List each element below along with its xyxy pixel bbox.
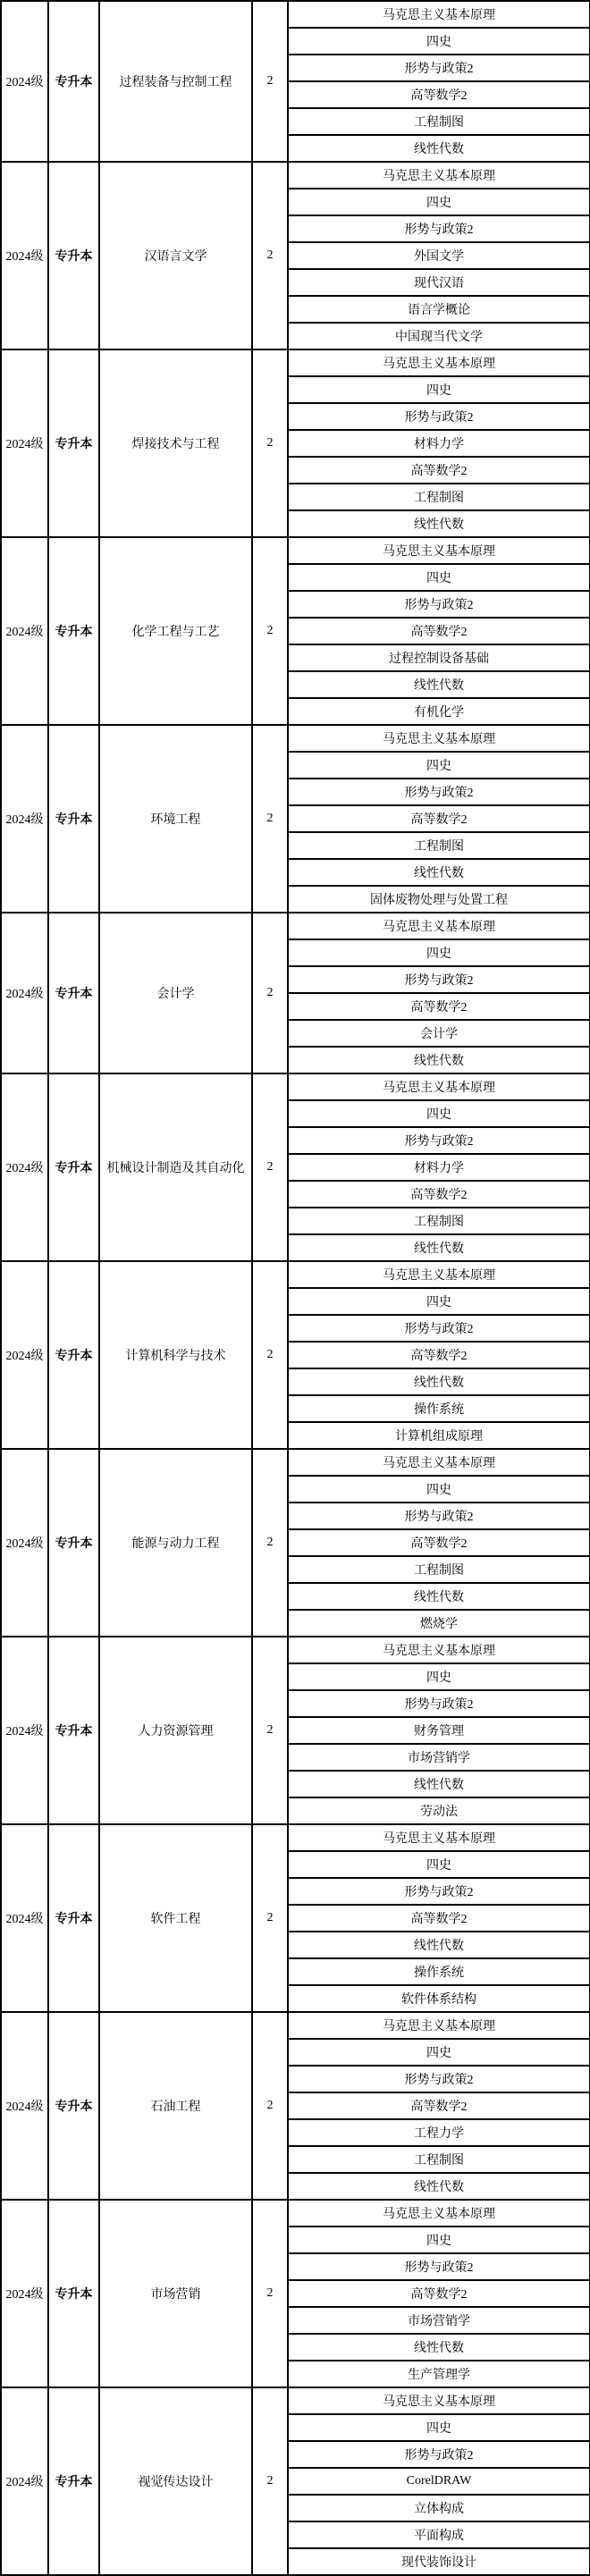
course-cell: 高等数学2 [288, 1529, 590, 1556]
count-cell: 2 [252, 162, 288, 349]
major-cell: 过程装备与控制工程 [99, 1, 252, 162]
course-cell: 工程制图 [288, 2146, 590, 2173]
level-cell: 专升本 [48, 1449, 99, 1637]
course-cell: 有机化学 [288, 698, 590, 725]
table-row: 2024级专升本人力资源管理2马克思主义基本原理 [1, 1637, 590, 1663]
course-cell: 现代装饰设计 [288, 2548, 590, 2575]
course-cell: 市场营销学 [288, 2307, 590, 2334]
course-cell: 形势与政策2 [288, 55, 590, 81]
course-cell: CorelDRAW [288, 2468, 590, 2495]
course-cell: 四史 [288, 2039, 590, 2066]
course-cell: 马克思主义基本原理 [288, 2387, 590, 2414]
course-cell: 固体废物处理与处置工程 [288, 886, 590, 913]
table-row: 2024级专升本过程装备与控制工程2马克思主义基本原理 [1, 1, 590, 28]
course-cell: 劳动法 [288, 1797, 590, 1824]
course-cell: 线性代数 [288, 2173, 590, 2200]
course-cell: 四史 [288, 1851, 590, 1878]
course-cell: 马克思主义基本原理 [288, 725, 590, 752]
level-cell: 专升本 [48, 1824, 99, 2012]
course-cell: 高等数学2 [288, 1905, 590, 1932]
course-cell: 高等数学2 [288, 1342, 590, 1368]
grade-cell: 2024级 [1, 1449, 48, 1637]
course-cell: 操作系统 [288, 1395, 590, 1422]
grade-cell: 2024级 [1, 2200, 48, 2387]
grade-cell: 2024级 [1, 2387, 48, 2575]
table-row: 2024级专升本市场营销2马克思主义基本原理 [1, 2200, 590, 2227]
course-cell: 线性代数 [288, 671, 590, 698]
table-row: 2024级专升本石油工程2马克思主义基本原理 [1, 2012, 590, 2039]
course-cell: 马克思主义基本原理 [288, 537, 590, 564]
course-cell: 线性代数 [288, 2334, 590, 2361]
course-cell: 高等数学2 [288, 993, 590, 1020]
course-cell: 中国现当代文学 [288, 323, 590, 349]
course-cell: 形势与政策2 [288, 403, 590, 430]
course-cell: 燃烧学 [288, 1610, 590, 1637]
course-cell: 四史 [288, 1663, 590, 1690]
course-cell: 平面构成 [288, 2521, 590, 2548]
course-cell: 高等数学2 [288, 457, 590, 484]
level-cell: 专升本 [48, 537, 99, 725]
count-cell: 2 [252, 2387, 288, 2575]
major-cell: 石油工程 [99, 2012, 252, 2200]
course-cell: 马克思主义基本原理 [288, 1637, 590, 1663]
course-cell: 生产管理学 [288, 2361, 590, 2387]
course-cell: 四史 [288, 2227, 590, 2253]
count-cell: 2 [252, 537, 288, 725]
course-cell: 马克思主义基本原理 [288, 1, 590, 28]
course-cell: 高等数学2 [288, 618, 590, 644]
grade-cell: 2024级 [1, 1637, 48, 1824]
course-cell: 马克思主义基本原理 [288, 349, 590, 376]
course-cell: 形势与政策2 [288, 2066, 590, 2092]
level-cell: 专升本 [48, 725, 99, 913]
level-cell: 专升本 [48, 1, 99, 162]
count-cell: 2 [252, 2012, 288, 2200]
course-cell: 马克思主义基本原理 [288, 1824, 590, 1851]
grade-cell: 2024级 [1, 1073, 48, 1261]
course-cell: 过程控制设备基础 [288, 644, 590, 671]
table-row: 2024级专升本视觉传达设计2马克思主义基本原理 [1, 2387, 590, 2414]
course-cell: 计算机组成原理 [288, 1422, 590, 1449]
course-cell: 形势与政策2 [288, 1503, 590, 1529]
major-cell: 软件工程 [99, 1824, 252, 2012]
course-cell: 线性代数 [288, 1771, 590, 1797]
level-cell: 专升本 [48, 2387, 99, 2575]
major-cell: 化学工程与工艺 [99, 537, 252, 725]
course-cell: 马克思主义基本原理 [288, 2200, 590, 2227]
grade-cell: 2024级 [1, 2012, 48, 2200]
count-cell: 2 [252, 349, 288, 537]
count-cell: 2 [252, 1261, 288, 1449]
level-cell: 专升本 [48, 913, 99, 1073]
count-cell: 2 [252, 1637, 288, 1824]
major-cell: 视觉传达设计 [99, 2387, 252, 2575]
grade-cell: 2024级 [1, 1824, 48, 2012]
count-cell: 2 [252, 1449, 288, 1637]
level-cell: 专升本 [48, 349, 99, 537]
course-cell: 四史 [288, 752, 590, 779]
course-cell: 线性代数 [288, 135, 590, 162]
course-cell: 四史 [288, 564, 590, 591]
major-cell: 人力资源管理 [99, 1637, 252, 1824]
course-cell: 高等数学2 [288, 1181, 590, 1208]
table-row: 2024级专升本焊接技术与工程2马克思主义基本原理 [1, 349, 590, 376]
course-cell: 马克思主义基本原理 [288, 162, 590, 189]
course-cell: 立体构成 [288, 2495, 590, 2521]
course-cell: 四史 [288, 2414, 590, 2441]
course-cell: 形势与政策2 [288, 1127, 590, 1154]
course-cell: 马克思主义基本原理 [288, 913, 590, 939]
course-cell: 四史 [288, 376, 590, 403]
course-cell: 材料力学 [288, 430, 590, 457]
course-cell: 线性代数 [288, 1234, 590, 1261]
course-cell: 高等数学2 [288, 2092, 590, 2119]
level-cell: 专升本 [48, 2012, 99, 2200]
course-cell: 高等数学2 [288, 805, 590, 832]
grade-cell: 2024级 [1, 537, 48, 725]
course-cell: 工程制图 [288, 1208, 590, 1234]
table-row: 2024级专升本能源与动力工程2马克思主义基本原理 [1, 1449, 590, 1476]
count-cell: 2 [252, 725, 288, 913]
level-cell: 专升本 [48, 2200, 99, 2387]
course-cell: 操作系统 [288, 1958, 590, 1985]
grade-cell: 2024级 [1, 349, 48, 537]
level-cell: 专升本 [48, 1073, 99, 1261]
major-cell: 能源与动力工程 [99, 1449, 252, 1637]
level-cell: 专升本 [48, 162, 99, 349]
major-cell: 机械设计制造及其自动化 [99, 1073, 252, 1261]
course-cell: 工程力学 [288, 2119, 590, 2146]
course-cell: 软件体系结构 [288, 1985, 590, 2012]
course-cell: 线性代数 [288, 1583, 590, 1610]
table-row: 2024级专升本计算机科学与技术2马克思主义基本原理 [1, 1261, 590, 1288]
course-table-body: 2024级专升本过程装备与控制工程2马克思主义基本原理四史形势与政策2高等数学2… [1, 1, 590, 2575]
level-cell: 专升本 [48, 1261, 99, 1449]
table-row: 2024级专升本软件工程2马克思主义基本原理 [1, 1824, 590, 1851]
course-cell: 线性代数 [288, 510, 590, 537]
count-cell: 2 [252, 1824, 288, 2012]
course-cell: 工程制图 [288, 484, 590, 510]
course-cell: 工程制图 [288, 108, 590, 135]
course-cell: 形势与政策2 [288, 1315, 590, 1342]
count-cell: 2 [252, 1, 288, 162]
major-cell: 焊接技术与工程 [99, 349, 252, 537]
course-cell: 形势与政策2 [288, 2253, 590, 2280]
table-row: 2024级专升本化学工程与工艺2马克思主义基本原理 [1, 537, 590, 564]
course-cell: 工程制图 [288, 832, 590, 859]
course-cell: 线性代数 [288, 1368, 590, 1395]
course-cell: 外国文学 [288, 242, 590, 269]
course-cell: 工程制图 [288, 1556, 590, 1583]
course-cell: 材料力学 [288, 1154, 590, 1181]
table-row: 2024级专升本机械设计制造及其自动化2马克思主义基本原理 [1, 1073, 590, 1100]
course-cell: 线性代数 [288, 1047, 590, 1073]
count-cell: 2 [252, 1073, 288, 1261]
course-cell: 形势与政策2 [288, 591, 590, 618]
exam-course-table: 2024级专升本过程装备与控制工程2马克思主义基本原理四史形势与政策2高等数学2… [0, 0, 590, 2576]
course-cell: 马克思主义基本原理 [288, 1449, 590, 1476]
course-cell: 会计学 [288, 1020, 590, 1047]
major-cell: 会计学 [99, 913, 252, 1073]
course-cell: 四史 [288, 28, 590, 55]
course-cell: 形势与政策2 [288, 215, 590, 242]
course-cell: 财务管理 [288, 1717, 590, 1744]
course-cell: 现代汉语 [288, 269, 590, 296]
course-cell: 四史 [288, 1100, 590, 1127]
table-row: 2024级专升本环境工程2马克思主义基本原理 [1, 725, 590, 752]
course-cell: 市场营销学 [288, 1744, 590, 1771]
count-cell: 2 [252, 2200, 288, 2387]
course-cell: 四史 [288, 939, 590, 966]
course-cell: 线性代数 [288, 1932, 590, 1958]
course-cell: 四史 [288, 1288, 590, 1315]
grade-cell: 2024级 [1, 162, 48, 349]
course-cell: 线性代数 [288, 859, 590, 886]
course-cell: 马克思主义基本原理 [288, 1073, 590, 1100]
grade-cell: 2024级 [1, 1, 48, 162]
course-cell: 形势与政策2 [288, 966, 590, 993]
course-cell: 高等数学2 [288, 81, 590, 108]
course-cell: 马克思主义基本原理 [288, 1261, 590, 1288]
grade-cell: 2024级 [1, 725, 48, 913]
course-cell: 形势与政策2 [288, 1690, 590, 1717]
table-row: 2024级专升本汉语言文学2马克思主义基本原理 [1, 162, 590, 189]
major-cell: 汉语言文学 [99, 162, 252, 349]
grade-cell: 2024级 [1, 1261, 48, 1449]
course-cell: 形势与政策2 [288, 779, 590, 805]
course-cell: 高等数学2 [288, 2280, 590, 2307]
level-cell: 专升本 [48, 1637, 99, 1824]
course-cell: 四史 [288, 1476, 590, 1503]
major-cell: 计算机科学与技术 [99, 1261, 252, 1449]
major-cell: 环境工程 [99, 725, 252, 913]
table-row: 2024级专升本会计学2马克思主义基本原理 [1, 913, 590, 939]
course-cell: 语言学概论 [288, 296, 590, 323]
course-cell: 形势与政策2 [288, 1878, 590, 1905]
major-cell: 市场营销 [99, 2200, 252, 2387]
grade-cell: 2024级 [1, 913, 48, 1073]
course-cell: 马克思主义基本原理 [288, 2012, 590, 2039]
course-cell: 形势与政策2 [288, 2441, 590, 2468]
count-cell: 2 [252, 913, 288, 1073]
course-cell: 四史 [288, 189, 590, 215]
